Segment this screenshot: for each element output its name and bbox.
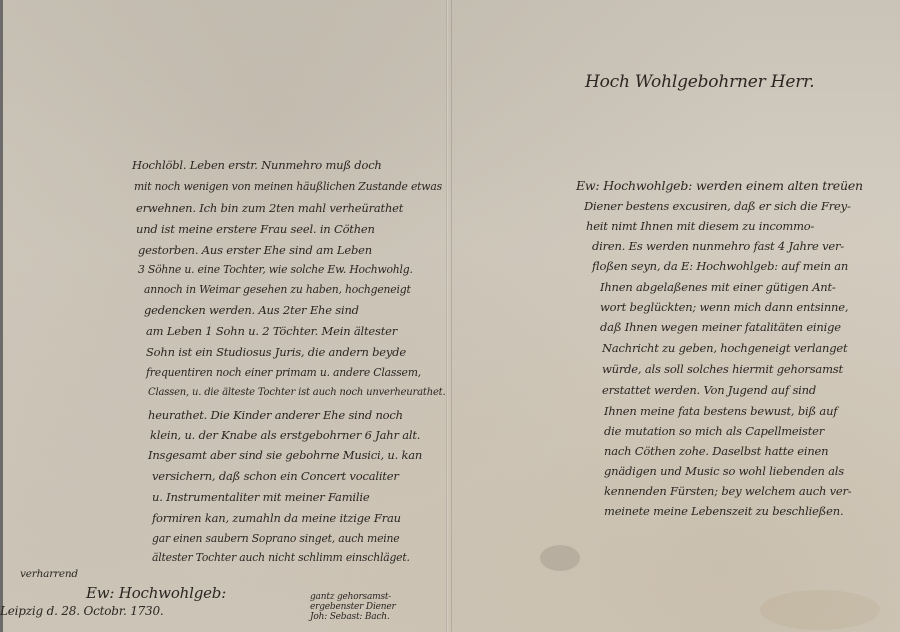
letter-line: annoch in Weimar gesehen zu haben, hochg… [144,283,411,296]
page-fold [446,0,448,632]
letter-line: diren. Es werden nunmehro fast 4 Jahre v… [592,239,844,253]
closing-address: Ew: Hochwohlgeb: [86,584,226,602]
letter-line: heurathet. Die Kinder anderer Ehe sind n… [148,408,403,422]
signature-block: gantz gehorsamst- ergebenster Diener Joh… [310,592,396,622]
letter-line: und ist meine erstere Frau seel. in Cöth… [136,222,375,236]
letter-line: Sohn ist ein Studiosus Juris, die andern… [146,345,406,359]
right-page: Hoch Wohlgebohrner Herr. Ew: Hochwohlgeb… [452,0,900,632]
letter-line: ältester Tochter auch nicht schlimm eins… [152,551,410,564]
letter-line: erstattet werden. Von Jugend auf sind [602,383,816,397]
letter-line: formiren kan, zumahln da meine itzige Fr… [152,511,401,525]
signature-name: Joh: Sebast: Bach. [310,612,396,622]
letter-line: Ihnen abgelaßenes mit einer gütigen Ant- [600,280,836,294]
letter-date: Leipzig d. 28. Octobr. 1730. [0,604,164,618]
letter-line: gnädigen und Music so wohl liebenden als [604,464,844,478]
letter-spread: Hochlöbl. Leben erstr. Nunmehro muß doch… [0,0,900,632]
letter-line: gestorben. Aus erster Ehe sind am Leben [138,243,372,257]
letter-line: mit noch wenigen von meinen häußlichen Z… [134,180,442,193]
letter-line: nach Cöthen zohe. Daselbst hatte einen [604,444,828,458]
letter-line: würde, als soll solches hiermit gehorsam… [602,362,843,376]
letter-line: Insgesamt aber sind sie gebohrne Musici,… [148,448,422,462]
letter-line: Diener bestens excusiren, daß er sich di… [584,199,851,213]
letter-line: wort beglückten; wenn mich dann entsinne… [600,300,848,314]
letter-line: gar einen saubern Soprano singet, auch m… [152,532,399,545]
letter-line: heit nimt Ihnen mit diesem zu incommo- [586,219,814,233]
letter-line: frequentiren noch einer primam u. andere… [146,366,421,379]
letter-line: u. Instrumentaliter mit meiner Familie [152,490,369,504]
left-page: Hochlöbl. Leben erstr. Nunmehro muß doch… [0,0,446,632]
closing-verharrend: verharrend [20,568,78,580]
letter-line: erwehnen. Ich bin zum 2ten mahl verheüra… [136,201,403,215]
signature-line: gantz gehorsamst- [310,592,396,602]
letter-line: Nachricht zu geben, hochgeneigt verlange… [602,341,847,355]
letter-line: 3 Söhne u. eine Tochter, wie solche Ew. … [138,263,413,276]
letter-line: gedencken werden. Aus 2ter Ehe sind [144,303,359,317]
letter-line: Hochlöbl. Leben erstr. Nunmehro muß doch [132,158,382,172]
letter-line: klein, u. der Knabe als erstgebohrner 6 … [150,428,420,442]
letter-line: meinete meine Lebenszeit zu beschließen. [604,504,843,518]
letter-line: kennenden Fürsten; bey welchem auch ver- [604,484,852,498]
letter-line: Classen, u. die älteste Tochter ist auch… [148,387,445,398]
salutation: Hoch Wohlgebohrner Herr. [585,72,814,92]
letter-line: versichern, daß schon ein Concert vocali… [152,469,399,483]
letter-line: daß Ihnen wegen meiner fatalitäten einig… [600,320,841,334]
letter-line: floßen seyn, da E: Hochwohlgeb: auf mein… [592,259,848,273]
letter-line: Ihnen meine fata bestens bewust, biß auf [604,404,837,418]
letter-line: am Leben 1 Sohn u. 2 Töchter. Mein ältes… [146,324,397,338]
letter-line: die mutation so mich als Capellmeister [604,424,824,438]
letter-line: Ew: Hochwohlgeb: werden einem alten treü… [576,178,863,193]
signature-line: ergebenster Diener [310,602,396,612]
